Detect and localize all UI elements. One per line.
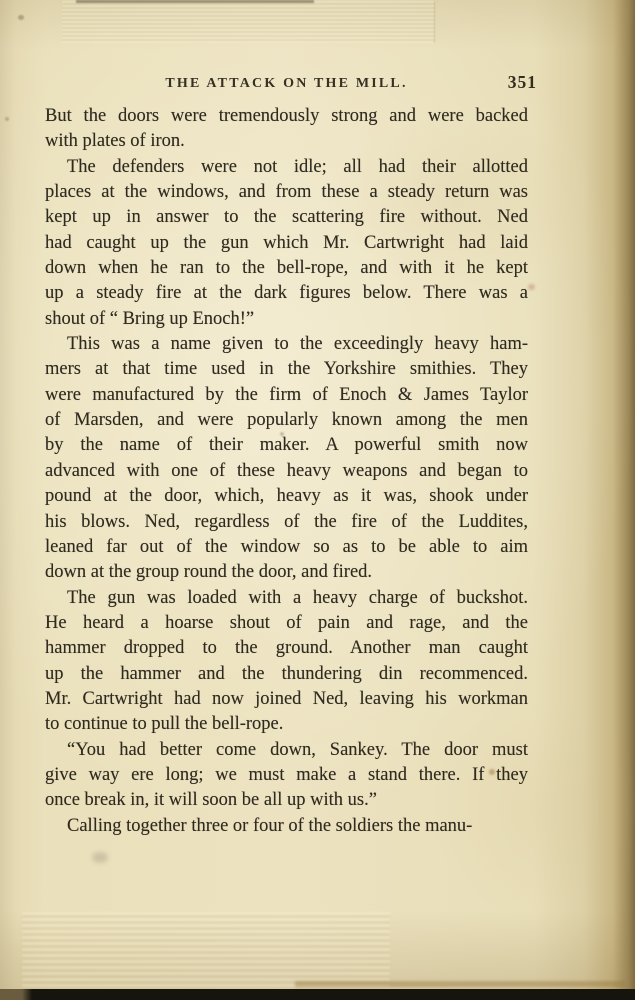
text-line: were manufactured by the firm of Enoch &…: [45, 383, 528, 408]
paper-speck: [18, 15, 24, 20]
page-number: 351: [508, 72, 537, 93]
text-line: Mr. Cartwright had now joined Ned, leavi…: [45, 687, 528, 712]
text-line: of Marsden, and were popularly known amo…: [45, 408, 528, 433]
text-line: pound at the door, which, heavy as it wa…: [45, 484, 528, 509]
paragraph: But the doors were tremendously strong a…: [45, 104, 528, 155]
text-line: had caught up the gun which Mr. Cartwrig…: [45, 231, 528, 256]
paragraph: Calling together three or four of the so…: [45, 814, 528, 839]
text-line: down when he ran to the bell-rope, and w…: [45, 256, 528, 281]
paper-smudge: [92, 852, 108, 863]
text-line: The gun was loaded with a heavy charge o…: [45, 586, 528, 611]
text-line: Calling together three or four of the so…: [45, 814, 528, 839]
text-line: leaned far out of the window so as to be…: [45, 535, 528, 560]
text-line: mers at that time used in the Yorkshire …: [45, 357, 528, 382]
text-line: up a steady fire at the dark figures bel…: [45, 281, 528, 306]
paper-speck: [5, 117, 9, 121]
paragraph: “You had better come down, Sankey. The d…: [45, 738, 528, 814]
text-line: with plates of iron.: [45, 129, 528, 154]
text-line: advanced with one of these heavy weapons…: [45, 459, 528, 484]
text-line: He heard a hoarse shout of pain and rage…: [45, 611, 528, 636]
scan-dark-strip-bottom: [0, 989, 635, 1000]
running-title: THE ATTACK ON THE MILL.: [45, 76, 528, 92]
scan-smudge-bottom: [295, 981, 625, 987]
paragraph: This was a name given to the exceedingly…: [45, 332, 528, 585]
text-line: to continue to pull the bell-rope.: [45, 712, 528, 737]
text-line: hammer dropped to the ground. Another ma…: [45, 636, 528, 661]
text-line: his blows. Ned, regardless of the fire o…: [45, 510, 528, 535]
text-line: by the name of their maker. A powerful s…: [45, 433, 528, 458]
scanned-book-page: THE ATTACK ON THE MILL. 351 But the door…: [0, 0, 635, 1000]
page-edge-streaks-top: [62, 1, 435, 43]
text-line: The defenders were not idle; all had the…: [45, 155, 528, 180]
paragraph: The gun was loaded with a heavy charge o…: [45, 586, 528, 738]
page-edge-streaks-bottom: [22, 912, 390, 988]
text-line: places at the windows, and from these a …: [45, 180, 528, 205]
paper-speck: [528, 284, 535, 290]
text-line: down at the group round the door, and fi…: [45, 560, 528, 585]
text-line: “You had better come down, Sankey. The d…: [45, 738, 528, 763]
paragraph: The defenders were not idle; all had the…: [45, 155, 528, 332]
scan-edge-line-top: [76, 0, 314, 3]
text-line: up the hammer and the thundering din rec…: [45, 662, 528, 687]
text-line: But the doors were tremendously strong a…: [45, 104, 528, 129]
text-line: shout of “ Bring up Enoch!”: [45, 307, 528, 332]
running-header: THE ATTACK ON THE MILL. 351: [45, 76, 528, 92]
text-line: give way ere long; we must make a stand …: [45, 763, 528, 788]
text-line: once break in, it will soon be all up wi…: [45, 788, 528, 813]
text-line: This was a name given to the exceedingly…: [45, 332, 528, 357]
body-text: But the doors were tremendously strong a…: [45, 104, 528, 839]
text-line: kept up in answer to the scattering fire…: [45, 205, 528, 230]
